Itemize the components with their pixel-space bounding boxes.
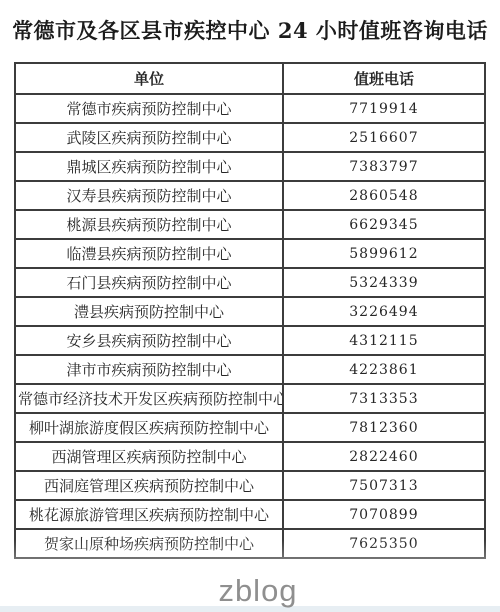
table-row: 常德市经济技术开发区疾病预防控制中心 7313353 (15, 384, 485, 413)
table-row: 汉寿县疾病预防控制中心 2860548 (15, 181, 485, 210)
table-row: 武陵区疾病预防控制中心 2516607 (15, 123, 485, 152)
table-row: 桃花源旅游管理区疾病预防控制中心 7070899 (15, 500, 485, 529)
unit-cell: 柳叶湖旅游度假区疾病预防控制中心 (15, 413, 283, 442)
phone-cell: 2822460 (283, 442, 485, 471)
phone-cell: 7313353 (283, 384, 485, 413)
phone-cell: 7383797 (283, 152, 485, 181)
table-row: 鼎城区疾病预防控制中心 7383797 (15, 152, 485, 181)
phone-cell: 3226494 (283, 297, 485, 326)
table-row: 桃源县疾病预防控制中心 6629345 (15, 210, 485, 239)
unit-cell: 桃花源旅游管理区疾病预防控制中心 (15, 500, 283, 529)
unit-cell: 桃源县疾病预防控制中心 (15, 210, 283, 239)
unit-cell: 西洞庭管理区疾病预防控制中心 (15, 471, 283, 500)
watermark: zblog (16, 575, 500, 606)
phone-cell: 4312115 (283, 326, 485, 355)
unit-cell: 临澧县疾病预防控制中心 (15, 239, 283, 268)
phone-cell: 4223861 (283, 355, 485, 384)
unit-cell: 澧县疾病预防控制中心 (15, 297, 283, 326)
phone-cell: 5899612 (283, 239, 485, 268)
table-row: 安乡县疾病预防控制中心 4312115 (15, 326, 485, 355)
header-row: 单位 值班电话 (15, 63, 485, 94)
unit-cell: 石门县疾病预防控制中心 (15, 268, 283, 297)
duty-phone-table: 单位 值班电话 常德市疾病预防控制中心 7719914 武陵区疾病预防控制中心 … (14, 62, 486, 559)
table-row: 临澧县疾病预防控制中心 5899612 (15, 239, 485, 268)
phone-cell: 2516607 (283, 123, 485, 152)
phone-cell: 7070899 (283, 500, 485, 529)
table-row: 贺家山原种场疾病预防控制中心 7625350 (15, 529, 485, 558)
phone-cell: 5324339 (283, 268, 485, 297)
table-row: 津市市疾病预防控制中心 4223861 (15, 355, 485, 384)
table-row: 澧县疾病预防控制中心 3226494 (15, 297, 485, 326)
phone-cell: 2860548 (283, 181, 485, 210)
unit-cell: 安乡县疾病预防控制中心 (15, 326, 283, 355)
unit-cell: 贺家山原种场疾病预防控制中心 (15, 529, 283, 558)
unit-cell: 鼎城区疾病预防控制中心 (15, 152, 283, 181)
phone-cell: 7719914 (283, 94, 485, 123)
unit-cell: 武陵区疾病预防控制中心 (15, 123, 283, 152)
table-row: 柳叶湖旅游度假区疾病预防控制中心 7812360 (15, 413, 485, 442)
page: 常德市及各区县市疾控中心 24 小时值班咨询电话 单位 值班电话 常德市疾病预防… (0, 0, 500, 45)
bottom-strip (0, 606, 500, 612)
phone-column-header: 值班电话 (283, 63, 485, 94)
table-row: 石门县疾病预防控制中心 5324339 (15, 268, 485, 297)
phone-cell: 7625350 (283, 529, 485, 558)
unit-cell: 常德市疾病预防控制中心 (15, 94, 283, 123)
phone-cell: 6629345 (283, 210, 485, 239)
table-row: 常德市疾病预防控制中心 7719914 (15, 94, 485, 123)
unit-column-header: 单位 (15, 63, 283, 94)
phone-cell: 7812360 (283, 413, 485, 442)
table-row: 西洞庭管理区疾病预防控制中心 7507313 (15, 471, 485, 500)
unit-cell: 津市市疾病预防控制中心 (15, 355, 283, 384)
unit-cell: 西湖管理区疾病预防控制中心 (15, 442, 283, 471)
phone-cell: 7507313 (283, 471, 485, 500)
table-row: 西湖管理区疾病预防控制中心 2822460 (15, 442, 485, 471)
unit-cell: 常德市经济技术开发区疾病预防控制中心 (15, 384, 283, 413)
page-title: 常德市及各区县市疾控中心 24 小时值班咨询电话 (0, 0, 500, 45)
table-body: 常德市疾病预防控制中心 7719914 武陵区疾病预防控制中心 2516607 … (15, 94, 485, 558)
unit-cell: 汉寿县疾病预防控制中心 (15, 181, 283, 210)
